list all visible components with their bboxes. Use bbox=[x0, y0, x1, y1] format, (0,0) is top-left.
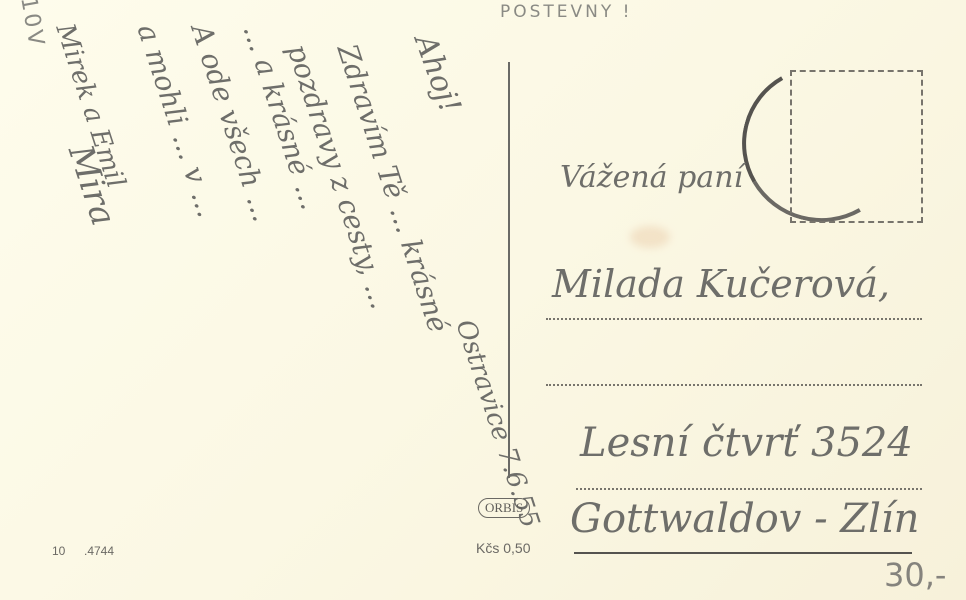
stamp-placeholder bbox=[790, 70, 923, 223]
pencil-price: 30,- bbox=[884, 556, 946, 594]
address-rule-3 bbox=[576, 488, 922, 490]
address-rule-1 bbox=[546, 318, 922, 320]
address-line-3: Lesní čtvrť 3524 bbox=[580, 420, 913, 466]
address-line-2: Milada Kučerová, bbox=[552, 262, 890, 306]
center-divider bbox=[508, 62, 510, 478]
publisher-logo: ORBIS bbox=[478, 498, 530, 518]
message-line: Ahoj! bbox=[407, 30, 467, 118]
pencil-note-topleft: 10V bbox=[15, 0, 49, 50]
address-line-1: Vážená paní bbox=[560, 160, 743, 195]
address-line-4: Gottwaldov - Zlín bbox=[570, 496, 919, 542]
series-number: 10 bbox=[52, 544, 65, 558]
pencil-note-top: POSTEVNY ! bbox=[500, 2, 633, 22]
printed-price: Kčs 0,50 bbox=[476, 540, 530, 556]
catalog-number: .4744 bbox=[84, 544, 114, 558]
address-underline bbox=[574, 552, 912, 554]
postcard-back: POSTEVNY ! 10V Ahoj! Zdravím Tě ... krás… bbox=[0, 0, 966, 600]
address-rule-2 bbox=[546, 384, 922, 386]
paper-stain bbox=[630, 226, 670, 248]
